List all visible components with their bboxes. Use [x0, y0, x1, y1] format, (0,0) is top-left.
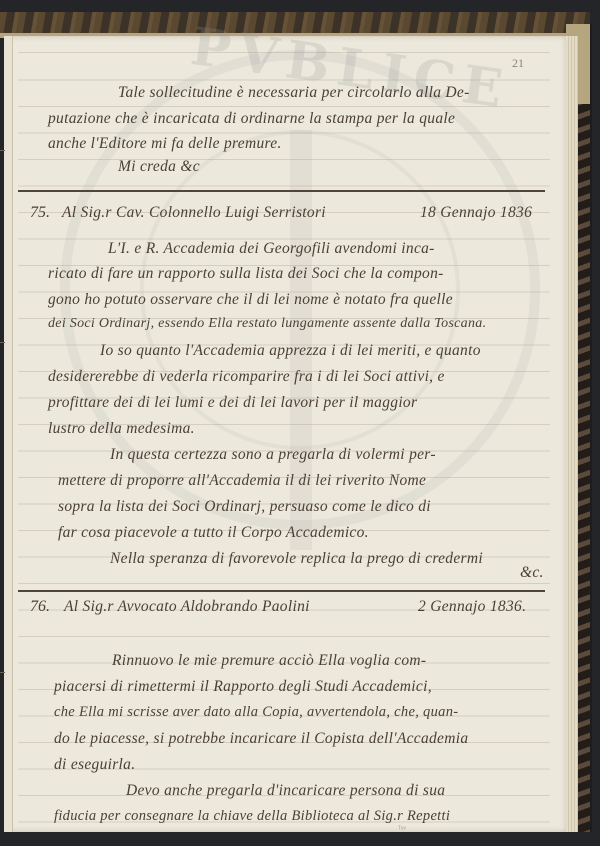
letter-body-line: far cosa piacevole a tutto il Corpo Acca… — [58, 524, 369, 542]
margin-mark — [0, 672, 5, 673]
letter-body-line: Devo anche pregarla d'incaricare persona… — [126, 782, 445, 800]
letter-body-line: ricato di fare un rapporto sulla lista d… — [48, 265, 444, 283]
letter-body-line: In questa certezza sono a pregarla di vo… — [110, 446, 436, 464]
letter-body-line: L'I. e R. Accademia dei Georgofili avend… — [108, 240, 435, 258]
page-number: 21 — [512, 56, 524, 71]
letter-closing: &c. — [520, 564, 544, 582]
letter-number: 75. — [30, 204, 50, 222]
letter-body-line: lustro della medesima. — [48, 420, 195, 438]
letter-date: 18 Gennajo 1836 — [420, 204, 532, 222]
letter-number: 76. — [30, 598, 50, 616]
letter-body-line: fiducia per consegnare la chiave della B… — [54, 808, 450, 825]
letter-addressee: Al Sig.r Cav. Colonnello Luigi Serristor… — [62, 204, 326, 222]
letter-date: 2 Gennajo 1836. — [418, 598, 526, 616]
letter-body-line: Rinnuovo le mie premure acciò Ella vogli… — [112, 652, 426, 670]
page-stack-edges — [566, 36, 578, 832]
letter-body-line: Io so quanto l'Accademia apprezza i di l… — [100, 342, 481, 360]
letter-body-line: desidererebbe di vederla ricomparire fra… — [48, 368, 445, 386]
letter-body-line: di eseguirla. — [54, 756, 135, 774]
continuation-closing: Mi creda &c — [118, 158, 200, 176]
letter-body-line: piacersi di rimettermi il Rapporto degli… — [54, 678, 432, 696]
entry-divider — [18, 590, 545, 592]
margin-mark — [0, 150, 5, 151]
letter-body-line: sopra la lista dei Soci Ordinarj, persua… — [58, 498, 431, 516]
letter-body-line: profittare dei di lei lumi e dei di lei … — [48, 394, 417, 412]
continuation-line: Tale sollecitudine è necessaria per circ… — [118, 84, 470, 102]
continuation-line: anche l'Editore mi fa delle premure. — [48, 135, 282, 153]
margin-mark — [0, 342, 5, 343]
letter-body-line: dei Soci Ordinarj, essendo Ella restato … — [48, 316, 486, 332]
letter-addressee: Al Sig.r Avvocato Aldobrando Paolini — [64, 598, 310, 616]
entry-divider — [18, 190, 545, 192]
previous-page-edge — [4, 36, 13, 832]
letter-body-line: Nella speranza di favorevole replica la … — [110, 550, 483, 568]
letter-body-line: do le piacesse, si potrebbe incaricare i… — [54, 730, 468, 748]
letter-body-line: mettere di proporre all'Accademia il di … — [58, 472, 426, 490]
continuation-line: putazione che è incaricata di ordinarne … — [48, 110, 455, 128]
bottom-pencil-mark: ᵀᵉᵛ — [398, 826, 406, 833]
letter-body-line: che Ella mi scrisse aver dato alla Copia… — [54, 704, 458, 721]
letter-body-line: gono ho potuto osservare che il di lei n… — [48, 291, 453, 309]
